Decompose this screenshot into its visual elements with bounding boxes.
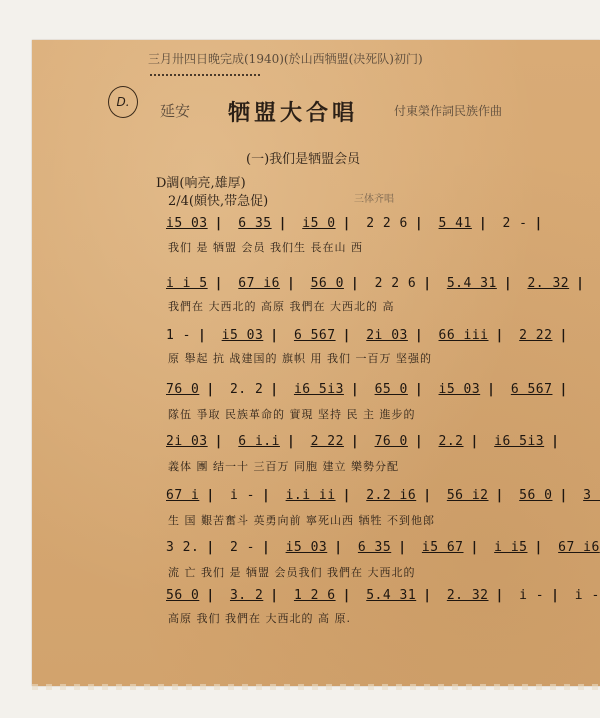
measure: i i 5 [166, 276, 208, 291]
circled-mark: D. [108, 86, 138, 118]
measure: 76 0 [166, 382, 199, 397]
notation-line-6: 67 i| i -| i.i ii| 2.2 i6| 56 i2| 56 0| … [166, 488, 600, 503]
measure: i i5 [494, 540, 527, 555]
measure: 6 567 [511, 382, 553, 397]
measure: 2i 03 [366, 328, 408, 343]
measure: 65 0 [375, 382, 408, 397]
header-note: 三月卅四日晚完成(1940)(於山西牺盟(决死队)初门) [148, 50, 423, 67]
time-tempo: 2/4(頗快,带急促) [168, 190, 268, 209]
measure: 3 2. [166, 540, 199, 555]
measure: i5 03 [286, 540, 328, 555]
measure: i - [519, 588, 544, 603]
manuscript-paper: 三月卅四日晚完成(1940)(於山西牺盟(决死队)初门) D. 延安 牺盟大合唱… [32, 40, 600, 686]
measure: 5 41 [439, 216, 472, 231]
measure: 2.2 i6 [366, 488, 416, 503]
notation-line-8: 56 0| 3. 2| 1 2 6| 5.4 31| 2. 32| i -| i… [166, 588, 600, 603]
measure: 2 - [503, 216, 528, 231]
author-note: 付東榮作詞民族作曲 [394, 102, 502, 119]
page-title: 牺盟大合唱 [228, 96, 358, 127]
measure: 2 - [230, 540, 255, 555]
measure: 2i 03 [166, 434, 208, 449]
lyrics-line-5: 義体 團 结一十 三百万 同胞 建立 樂勢分配 [168, 458, 399, 474]
measure: i.i ii [286, 488, 336, 503]
wavy-underline [150, 68, 260, 76]
measure: 2. 2 [230, 382, 263, 397]
measure: 6 567 [294, 328, 336, 343]
measure: 6 35 [358, 540, 391, 555]
measure: 2. 32 [527, 276, 569, 291]
lyrics-line-4: 隊伍 爭取 民族革命的 實現 坚持 民 主 進步的 [168, 406, 415, 422]
measure: 2 2 6 [366, 216, 408, 231]
measure: 1 - [166, 328, 191, 343]
measure: 2. 32 [447, 588, 489, 603]
notation-line-1: i5 03| 6 35| i5 0| 2 2 6| 5 41| 2 -| [166, 216, 550, 231]
measure: 67 i [166, 488, 199, 503]
measure: 67 i6 [238, 276, 280, 291]
measure: i5 67 [422, 540, 464, 555]
measure: i - || [575, 588, 600, 603]
measure: 2 2 6 [375, 276, 417, 291]
notation-line-5: 2i 03| 6 i.i| 2 22| 76 0| 2.2| i6 5i3| [166, 434, 566, 449]
measure: i6 5i3 [294, 382, 344, 397]
lyrics-line-6: 生 国 艱苦奮斗 英勇向前 寧死山西 牺牲 不到他郎 [168, 512, 435, 528]
measure: i5 0 [302, 216, 335, 231]
measure: i5 03 [439, 382, 481, 397]
lyrics-line-8: 高原 我们 我們在 大西北的 高 原. [168, 610, 351, 626]
measure: i - [230, 488, 255, 503]
measure: 3 2 i 2 [583, 488, 600, 503]
measure: 1 2 6 [294, 588, 336, 603]
measure: 2 22 [519, 328, 552, 343]
notation-line-3: 1 -| i5 03| 6 567| 2i 03| 66 iii| 2 22| [166, 328, 575, 343]
measure: 67 i6 [558, 540, 600, 555]
measure: i6 5i3 [494, 434, 544, 449]
section-title: (一)我们是牺盟会员 [246, 148, 360, 167]
measure: 5.4 31 [447, 276, 497, 291]
measure: i5 03 [166, 216, 208, 231]
key-signature: D調(响亮,雄厚) [156, 172, 246, 191]
notation-line-7: 3 2.| 2 -| i5 03| 6 35| i5 67| i i5| 67 … [166, 540, 600, 555]
measure: 56 0 [166, 588, 199, 603]
tempo-note: 三体齐唱 [354, 190, 394, 205]
measure: 56 i2 [447, 488, 489, 503]
measure: 2.2 [439, 434, 464, 449]
lyrics-line-2: 我們在 大西北的 高原 我們在 大西北的 高 [168, 298, 394, 314]
measure: i5 03 [222, 328, 264, 343]
measure: 6 35 [238, 216, 271, 231]
lyrics-line-3: 原 舉起 抗 战建国的 旗帜 用 我们 一百万 坚强的 [168, 350, 432, 366]
measure: 3. 2 [230, 588, 263, 603]
notation-line-4: 76 0| 2. 2| i6 5i3| 65 0| i5 03| 6 567| [166, 382, 575, 397]
measure: 5.4 31 [366, 588, 416, 603]
measure: 76 0 [375, 434, 408, 449]
measure: 56 0 [519, 488, 552, 503]
notation-line-2: i i 5| 67 i6| 56 0| 2 2 6| 5.4 31| 2. 32… [166, 276, 591, 291]
measure: 66 iii [439, 328, 489, 343]
place-label: 延安 [160, 100, 190, 121]
lyrics-line-1: 我们 是 牺盟 会员 我们生 長在山 西 [168, 239, 363, 255]
measure: 56 0 [311, 276, 344, 291]
measure: 2 22 [311, 434, 344, 449]
lyrics-line-7: 流 亡 我们 是 牺盟 会员我们 我們在 大西北的 [168, 564, 415, 580]
measure: 6 i.i [238, 434, 280, 449]
